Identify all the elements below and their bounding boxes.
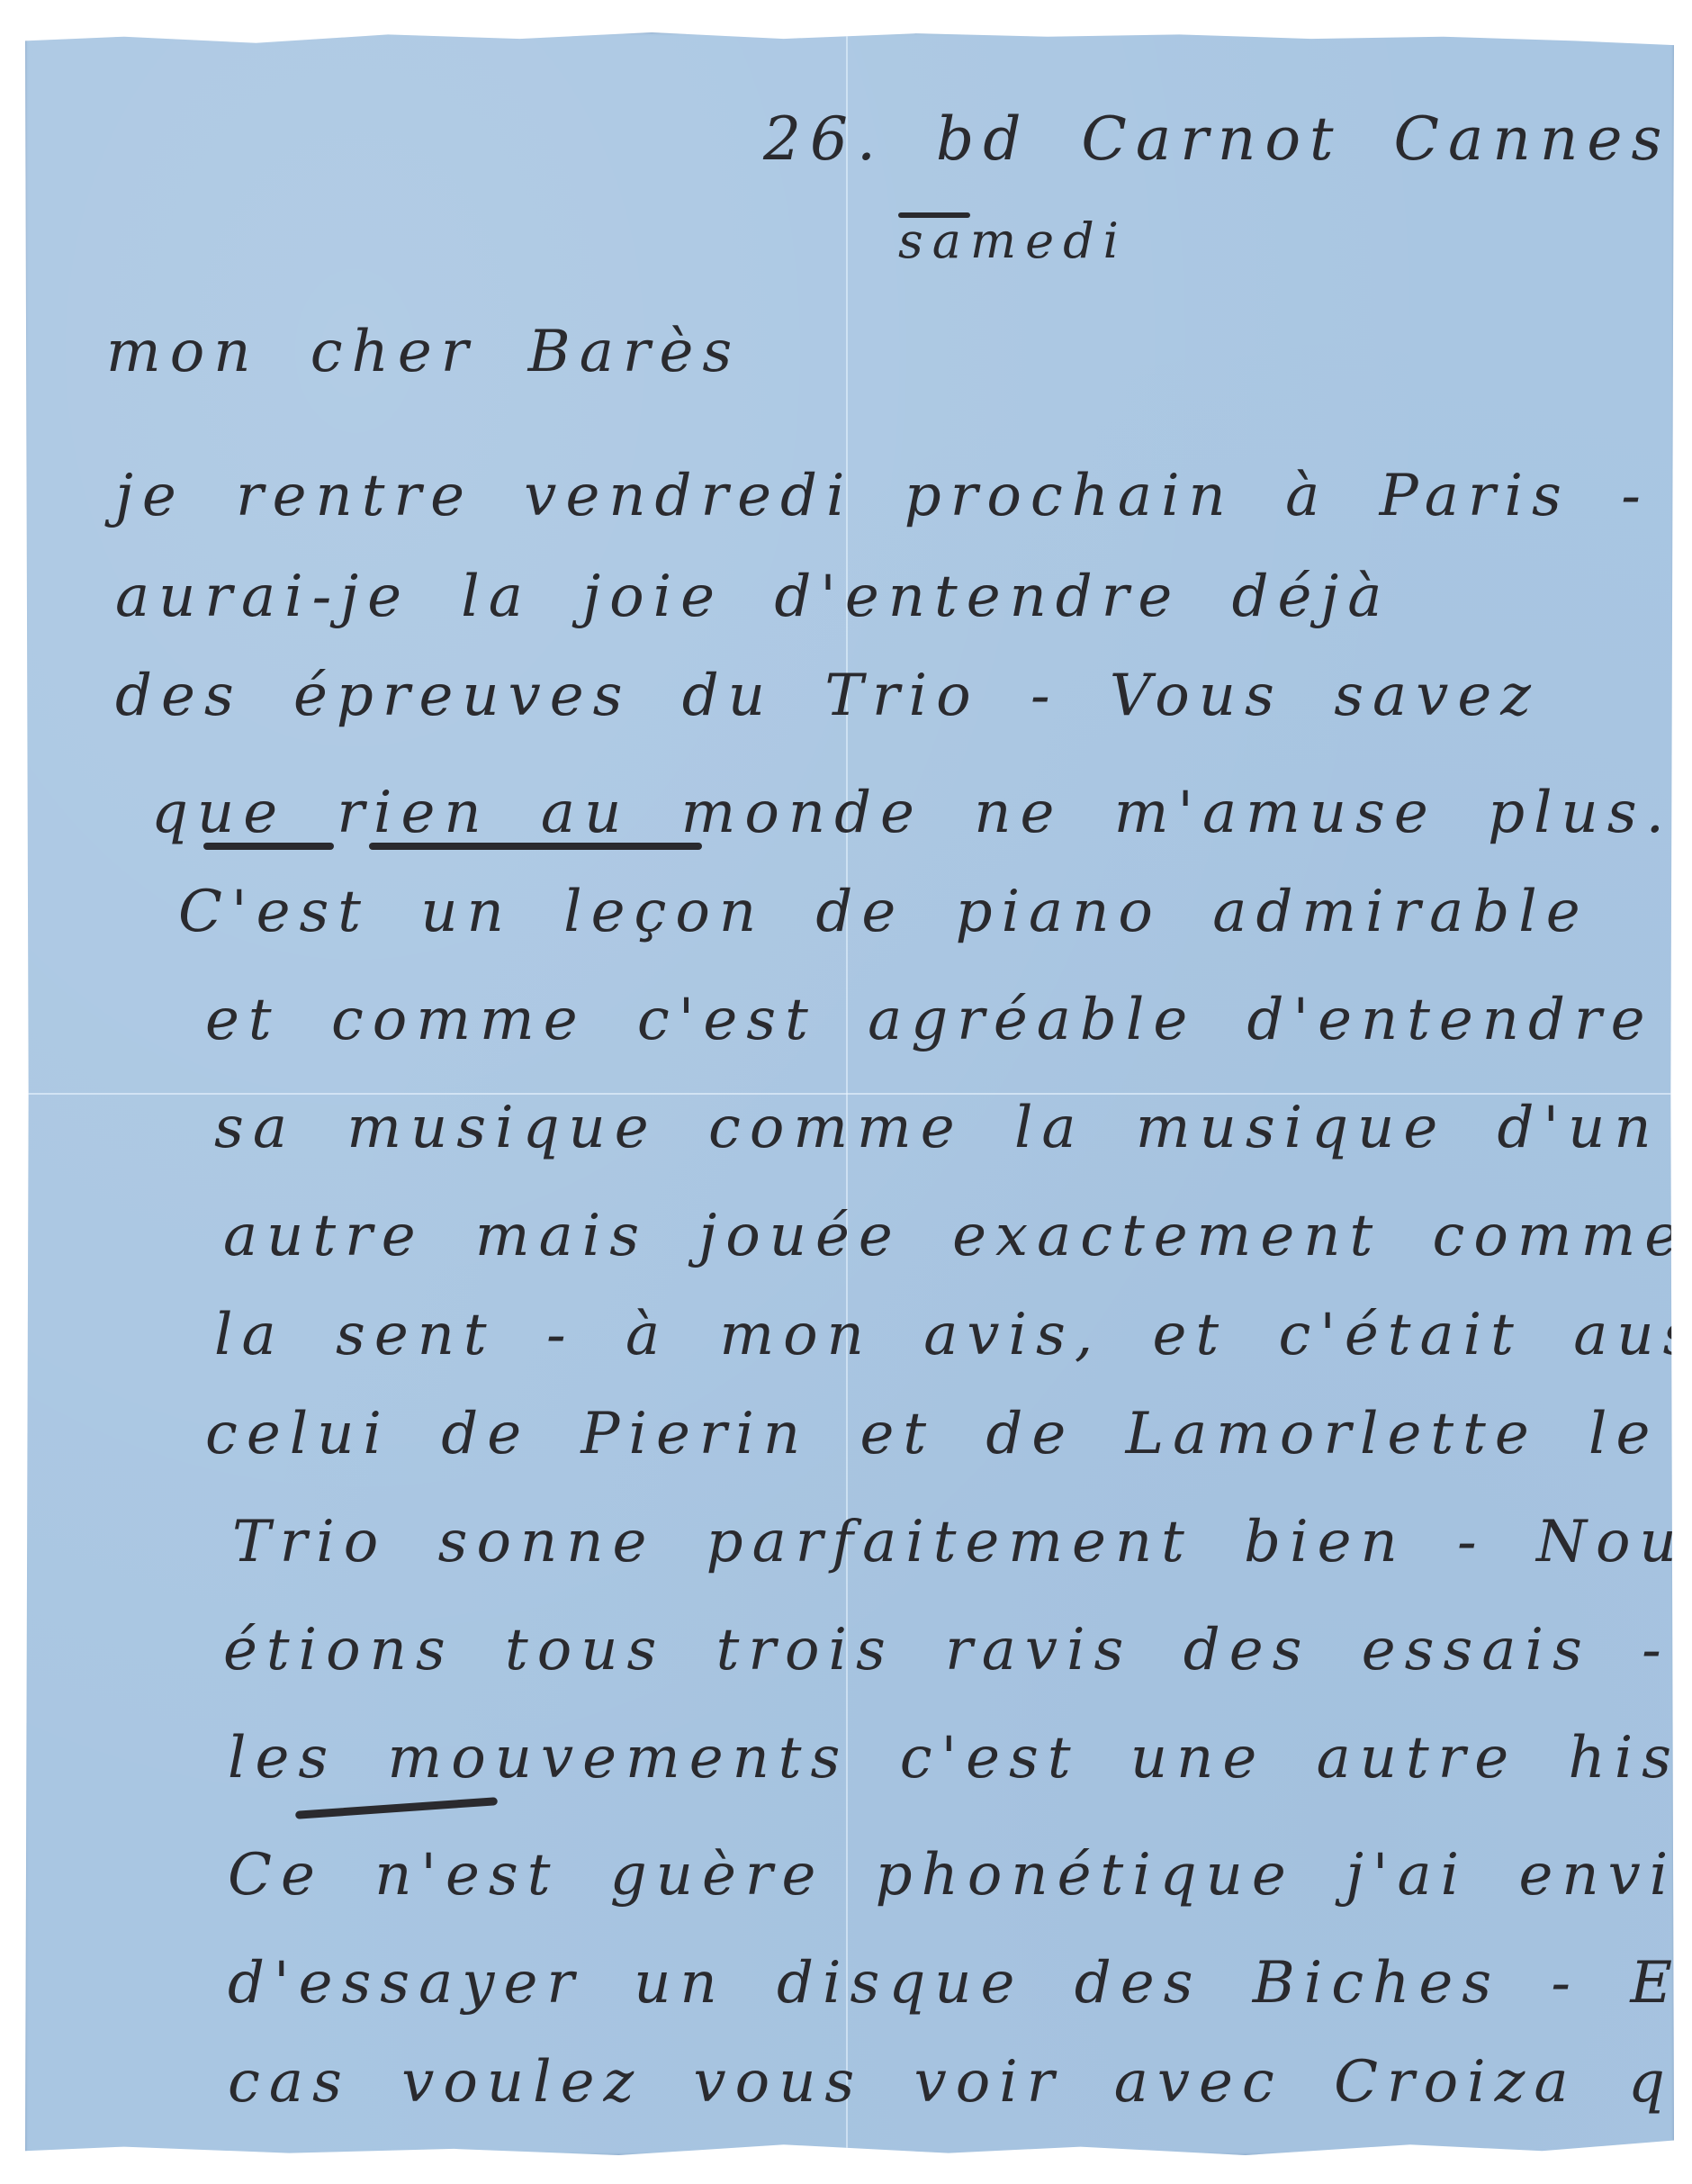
body-line-11: Trio sonne parfaitement bien - Nous	[232, 1509, 1692, 1575]
body-line-1: je rentre vendredi prochain à Paris -	[115, 463, 1650, 529]
body-line-5: C'est un leçon de piano admirable	[178, 879, 1589, 945]
body-line-2: aurai-je la joie d'entendre déjà	[115, 564, 1390, 630]
body-line-9: la sent - à mon avis, et c'était aussi	[214, 1302, 1692, 1368]
salutation: mon cher Barès	[106, 319, 741, 385]
body-line-13: les mouvements c'est une autre histoire.	[228, 1725, 1692, 1791]
letter-paper: 26. bd Carnot Cannes samedi mon cher Bar…	[25, 32, 1674, 2155]
letter-date-day: samedi	[898, 212, 1128, 269]
body-line-4-text: que rien au monde ne m'amuse plus.	[151, 780, 1673, 846]
underline-rien	[203, 843, 334, 850]
underline-au-monde	[369, 843, 702, 850]
body-line-4: que rien au monde ne m'amuse plus.	[151, 780, 1673, 846]
body-line-15: d'essayer un disque des Biches - En tous	[228, 1950, 1692, 2017]
body-line-3: des épreuves du Trio - Vous savez	[115, 663, 1540, 729]
underline-mouvements	[295, 1797, 498, 1819]
body-line-10: celui de Pierin et de Lamorlette le	[205, 1401, 1659, 1467]
body-line-16: cas voulez vous voir avec Croiza quand e…	[228, 2049, 1692, 2116]
letter-address: 26. bd Carnot Cannes	[763, 104, 1670, 174]
body-line-6: et comme c'est agréable d'entendre	[205, 987, 1653, 1053]
body-line-8: autre mais jouée exactement comme on	[223, 1203, 1692, 1269]
body-line-7: sa musique comme la musique d'un	[214, 1095, 1660, 1161]
body-line-14: Ce n'est guère phonétique j'ai envie	[228, 1842, 1692, 1909]
body-line-12: étions tous trois ravis des essais - Pou…	[223, 1617, 1692, 1683]
